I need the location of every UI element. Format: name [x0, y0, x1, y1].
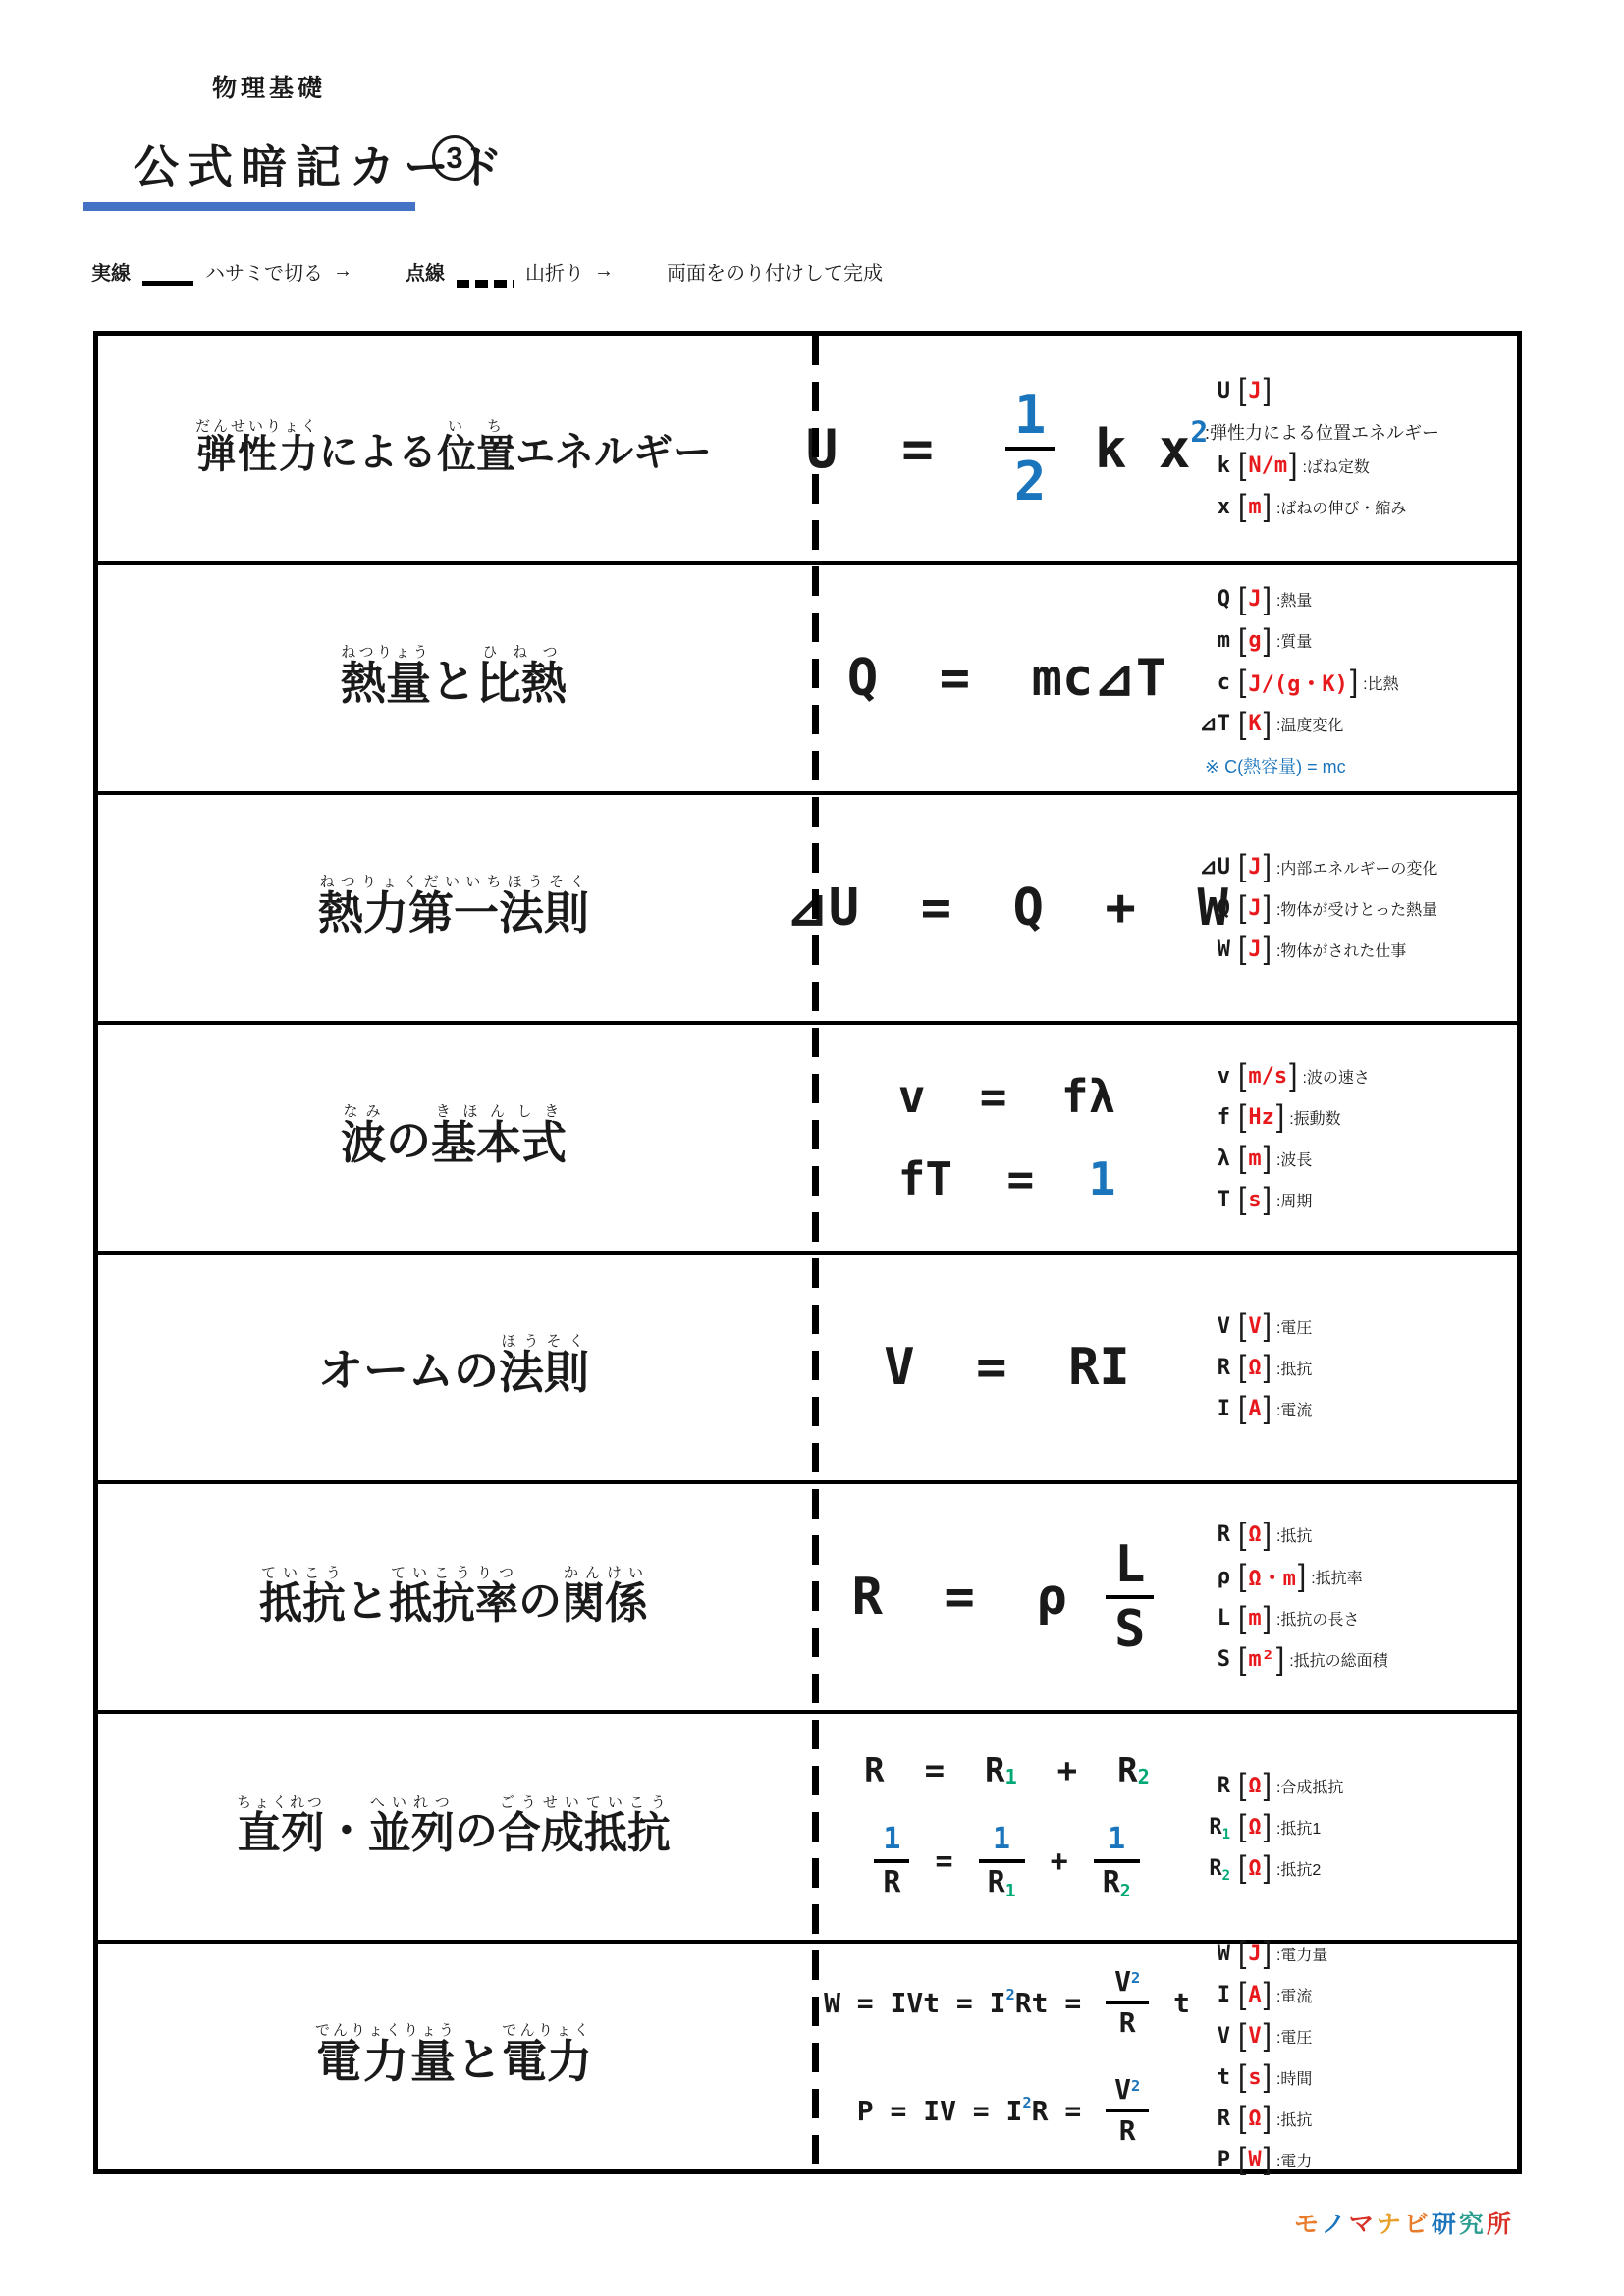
definition-line: f[Hz]:振動数 [1189, 1102, 1509, 1132]
name-segment: 熱力第一法則ねつりょくだいいちほうそく [318, 874, 589, 942]
bracket-open: [ [1236, 375, 1248, 406]
formula-line: V = RI [884, 1338, 1129, 1397]
bracket-close: ] [1262, 1520, 1273, 1551]
definition-line: R[Ω]:抵抗 [1189, 1353, 1509, 1382]
variable-symbol: R [1189, 1522, 1230, 1547]
subject-label: 物理基礎 [212, 69, 326, 104]
dashed-line-label: 点線 [406, 257, 445, 286]
bracket-open: [ [1236, 2103, 1248, 2134]
formula-token: U = [806, 418, 998, 480]
name-segment: 電力でんりょく [502, 2022, 592, 2091]
bracket-close: ] [1348, 667, 1360, 698]
formula-card-row: 熱量ねつりょうと比熱ひねつQ = mc⊿TQ[J]:熱量m[g]:質量c[J/(… [98, 565, 1517, 795]
fraction: V2R [1106, 1963, 1149, 2042]
name-segment: ・ [325, 1795, 368, 1858]
unit-label: g [1248, 628, 1261, 653]
formula-token: 2 [1131, 1969, 1140, 1987]
footer-logo: モノマナビ研究所 [1294, 2205, 1514, 2240]
name-segment: 法則ほうそく [499, 1333, 589, 1402]
bracket-open: [ [1236, 1979, 1248, 2010]
formula-token: 2 [1131, 2077, 1140, 2095]
unit-label: Ω・m [1248, 1562, 1296, 1592]
name-segment: 熱量ねつりょう [341, 644, 431, 713]
formula-token: R = R [864, 1751, 1004, 1790]
card-name-cell: 弾性力だんせいりょくによる位置いちエネルギー [98, 336, 809, 561]
definition-line: t[s]:時間 [1189, 2062, 1509, 2092]
formula-cell: W = IVt = I2Rt = V2R tP = IV = I2R = V2R [825, 1963, 1189, 2150]
logo-character: モ [1294, 2211, 1322, 2238]
variable-description: :電圧 [1276, 2025, 1312, 2048]
solid-line-sample [142, 281, 193, 286]
variable-description: :物体が受けとった熱量 [1276, 897, 1437, 920]
bracket-close: ] [1274, 1644, 1286, 1676]
formula-token: V = RI [884, 1338, 1129, 1397]
variable-symbol: U [1189, 379, 1230, 403]
bracket-close: ] [1262, 2020, 1273, 2052]
formula-token: R [1119, 2006, 1136, 2039]
formula-line: 1R = 1R1 + 1R2 [866, 1820, 1147, 1902]
formula-token: 2 [1138, 1765, 1150, 1789]
fraction: 1R [874, 1820, 909, 1902]
card-name-cell: 波なみの基本式きほんしき [98, 1025, 809, 1251]
card-name-cell: 電力量でんりょくりょうと電力でんりょく [98, 1944, 809, 2169]
bracket-open: [ [1236, 1520, 1248, 1551]
bracket-close: ] [1262, 1352, 1273, 1383]
variable-symbol: λ [1189, 1147, 1230, 1171]
unit-label: J [1248, 587, 1261, 612]
bracket-close: ] [1287, 450, 1299, 481]
card-number-badge: 3 [432, 135, 477, 181]
unit-label: W [1248, 2148, 1261, 2172]
unit-label: m [1248, 495, 1261, 519]
variable-description: :ばね定数 [1302, 454, 1369, 477]
bracket-close: ] [1262, 1143, 1273, 1174]
unit-label: J [1248, 896, 1261, 921]
card-name-cell: 熱量ねつりょうと比熱ひねつ [98, 565, 809, 791]
formula-card-row: オームの法則ほうそくV = RIV[V]:電圧R[Ω]:抵抗I[A]:電流 [98, 1255, 1517, 1484]
formula-cell: R = ρ LS [825, 1534, 1189, 1660]
name-segment: 基本式きほんしき [431, 1103, 567, 1172]
formula-token: 1 [1108, 1822, 1125, 1856]
variable-symbol: V [1189, 1314, 1230, 1339]
bracket-close: ] [1262, 1938, 1273, 1969]
definition-line: R1[Ω]:抵抗1 [1189, 1812, 1509, 1842]
formula-token: W = IVt = I [824, 1987, 1005, 2019]
fraction-denominator: S [1106, 1599, 1154, 1660]
name-segment: 電力量でんりょくりょう [315, 2022, 457, 2091]
bracket-open: [ [1236, 2061, 1248, 2093]
formula-token: t [1157, 1987, 1190, 2019]
variable-description: :周期 [1276, 1189, 1312, 1211]
bracket-close: ] [1262, 709, 1273, 740]
bracket-close: ] [1262, 2103, 1273, 2134]
unit-label: J [1248, 937, 1261, 962]
name-segment: 並列へいれつ [368, 1794, 455, 1860]
bracket-close: ] [1262, 1811, 1273, 1842]
unit-label: Ω [1248, 1856, 1261, 1881]
formula-line: ⊿U = Q + W [785, 879, 1228, 937]
bracket-close: ] [1262, 584, 1273, 615]
title-underline [83, 202, 415, 211]
logo-character: ノ [1322, 2211, 1349, 2238]
formula-token: 1 [993, 1822, 1010, 1856]
unit-label: Ω [1248, 1356, 1261, 1380]
formula-token: 1 [1089, 1152, 1116, 1205]
unit-label: Ω [1248, 2107, 1261, 2131]
bracket-close: ] [1274, 1101, 1286, 1133]
variable-symbol: x [1189, 495, 1230, 519]
formula-line: Q = mc⊿T [847, 649, 1166, 708]
logo-character: 研 [1432, 2211, 1459, 2238]
bracket-open: [ [1236, 584, 1248, 615]
bracket-open: [ [1236, 667, 1248, 698]
formula-line: R = R1 + R2 [864, 1751, 1150, 1790]
card-name-cell: 抵抗ていこうと抵抗率ていこうりつの関係かんけい [98, 1484, 809, 1710]
variable-symbol: S [1189, 1647, 1230, 1672]
name-segment: と [431, 646, 476, 711]
fraction-denominator: R [1110, 2004, 1145, 2042]
variable-description: :電流 [1276, 1398, 1312, 1420]
logo-character: 所 [1487, 2211, 1514, 2238]
formula-card-table: 弾性力だんせいりょくによる位置いちエネルギーU = 12 k x2U[J]:弾性… [93, 331, 1522, 2174]
variable-description: :抵抗2 [1276, 1857, 1321, 1880]
fraction-numerator: V2 [1106, 2071, 1149, 2109]
variable-description: :熱量 [1276, 588, 1312, 611]
variable-symbol: ⊿T [1189, 712, 1230, 736]
fraction-denominator: R [1110, 2112, 1145, 2150]
formula-card-row: 電力量でんりょくりょうと電力でんりょくW = IVt = I2Rt = V2R … [98, 1944, 1517, 2169]
bracket-close: ] [1262, 2144, 1273, 2175]
name-segment: 弾性力だんせいりょく [195, 418, 319, 479]
variable-symbol: V [1189, 2024, 1230, 2049]
variable-symbol: R [1189, 2107, 1230, 2131]
variable-symbol: t [1189, 2065, 1230, 2090]
formula-token: R [883, 1865, 900, 1899]
unit-label: N/m [1248, 454, 1287, 478]
bracket-close: ] [1262, 892, 1273, 924]
solid-line-label: 実線 [91, 257, 131, 286]
variable-symbol: P [1189, 2148, 1230, 2172]
variable-description: :抵抗 [1276, 1357, 1312, 1379]
formula-token: ⊿U = Q + W [785, 879, 1228, 937]
bracket-open: [ [1236, 1770, 1248, 1801]
variable-description: :振動数 [1289, 1106, 1340, 1129]
formula-token: R = [1032, 2095, 1098, 2127]
definition-line: Q[J]:物体が受けとった熱量 [1189, 893, 1509, 923]
unit-label: m [1248, 1147, 1261, 1171]
bracket-open: [ [1236, 892, 1248, 924]
bracket-open: [ [1236, 1101, 1248, 1133]
definition-line: R[Ω]:合成抵抗 [1189, 1771, 1509, 1800]
definitions-cell: V[V]:電圧R[Ω]:抵抗I[A]:電流 [1189, 1298, 1517, 1437]
variable-subscript: 2 [1222, 1868, 1230, 1884]
definitions-cell: v[m/s]:波の速さf[Hz]:振動数λ[m]:波長T[s]:周期 [1189, 1047, 1517, 1228]
name-segment: 波なみ [341, 1103, 386, 1172]
unit-label: A [1248, 1983, 1261, 2007]
definition-line: V[V]:電圧 [1189, 2021, 1509, 2051]
unit-label: Hz [1248, 1105, 1274, 1130]
definition-line: R[Ω]:抵抗 [1189, 1521, 1509, 1550]
bracket-close: ] [1262, 491, 1273, 522]
formula-token: 2 [1014, 451, 1047, 512]
name-segment: 位置いち [437, 418, 515, 479]
formula-token: 2 [1022, 2094, 1031, 2111]
variable-description: :抵抗の総面積 [1289, 1648, 1387, 1671]
bracket-close: ] [1262, 1770, 1273, 1801]
variable-description: :抵抗率 [1311, 1566, 1362, 1588]
formula-card-row: 弾性力だんせいりょくによる位置いちエネルギーU = 12 k x2U[J]:弾性… [98, 336, 1517, 565]
formula-token: 2 [1190, 415, 1208, 450]
definition-line: x[m]:ばねの伸び・縮み [1189, 492, 1509, 521]
definition-line: Q[J]:熱量 [1189, 585, 1509, 614]
bracket-open: [ [1236, 1644, 1248, 1676]
formula-token: k x [1062, 418, 1190, 480]
fraction-numerator: L [1106, 1534, 1154, 1595]
fraction: 1R2 [1094, 1820, 1140, 1902]
bracket-close: ] [1262, 1184, 1273, 1215]
name-segment: オームの [318, 1335, 499, 1400]
fraction: 12 [1005, 384, 1056, 513]
definition-line: P[W]:電力 [1189, 2145, 1509, 2174]
bracket-close: ] [1262, 375, 1273, 406]
formula-token: R [1119, 2114, 1136, 2147]
formula-token: R [1103, 1865, 1120, 1899]
formula-token: + R [1017, 1751, 1138, 1790]
formula-cell: U = 12 k x2 [825, 384, 1189, 513]
variable-symbol: R [1189, 1356, 1230, 1380]
name-segment: と [346, 1566, 389, 1629]
formula-token: R [988, 1865, 1005, 1899]
card-back-cell: V = RIV[V]:電圧R[Ω]:抵抗I[A]:電流 [809, 1255, 1517, 1480]
variable-description: :質量 [1276, 629, 1312, 652]
card-back-cell: R = ρ LSR[Ω]:抵抗ρ[Ω・m]:抵抗率L[m]:抵抗の長さS[m²]… [809, 1484, 1517, 1710]
fraction-numerator: 1 [984, 1820, 1019, 1859]
fraction-denominator: R [874, 1863, 909, 1902]
name-segment: 抵抗率ていこうりつ [389, 1565, 518, 1630]
bracket-open: [ [1236, 2144, 1248, 2175]
variable-description: :ばねの伸び・縮み [1276, 496, 1406, 518]
variable-symbol: R [1189, 1774, 1230, 1798]
bracket-open: [ [1236, 1811, 1248, 1842]
unit-label: A [1248, 1397, 1261, 1421]
solid-line-action: ハサミで切る [205, 257, 323, 286]
fraction: LS [1106, 1534, 1154, 1660]
formula-line: W = IVt = I2Rt = V2R t [824, 1963, 1190, 2042]
bracket-open: [ [1236, 1393, 1248, 1424]
bracket-close: ] [1262, 625, 1273, 657]
definition-line: T[s]:周期 [1189, 1185, 1509, 1214]
unit-label: J [1248, 379, 1261, 403]
definition-line: U[J] [1189, 376, 1509, 405]
instructions-line: 実線 ハサミで切る → 点線 山折り → 両面をのり付けして完成 [91, 257, 883, 286]
formula-token: v = fλ [898, 1070, 1116, 1123]
formula-cell: R = R1 + R21R = 1R1 + 1R2 [825, 1751, 1189, 1902]
formula-token: V [1114, 2073, 1131, 2106]
name-segment: 関係かんけい [562, 1565, 648, 1630]
arrow-icon: → [333, 260, 352, 283]
formula-token: R = ρ [852, 1568, 1098, 1627]
formula-cell: V = RI [825, 1338, 1189, 1397]
formula-token: + [1033, 1844, 1086, 1879]
dashed-line-sample [457, 280, 514, 288]
card-back-cell: R = R1 + R21R = 1R1 + 1R2R[Ω]:合成抵抗R1[Ω]:… [809, 1714, 1517, 1940]
formula-token: 2 [1006, 1986, 1015, 2003]
variable-symbol: R1 [1189, 1815, 1230, 1840]
variable-symbol: c [1189, 670, 1230, 695]
variable-symbol: Q [1189, 896, 1230, 921]
definition-note: ※ C(熱容量) = mc [1205, 753, 1509, 778]
bracket-close: ] [1287, 1060, 1299, 1092]
definition-line: I[A]:電流 [1189, 1980, 1509, 2009]
definition-line: W[J]:物体がされた仕事 [1189, 934, 1509, 964]
unit-label: K [1248, 712, 1261, 736]
bracket-close: ] [1262, 2061, 1273, 2093]
fraction-denominator: 2 [1005, 451, 1056, 513]
formula-token: 2 [1120, 1881, 1131, 1901]
variable-description: :電圧 [1276, 1315, 1312, 1338]
formula-token: S [1114, 1600, 1145, 1659]
unit-label: m² [1248, 1647, 1274, 1672]
variable-symbol: W [1189, 937, 1230, 962]
variable-symbol: L [1189, 1606, 1230, 1630]
definitions-cell: R[Ω]:合成抵抗R1[Ω]:抵抗1R2[Ω]:抵抗2 [1189, 1757, 1517, 1896]
name-segment: エネルギー [515, 421, 712, 477]
fold-dashed-line [812, 336, 819, 2169]
unit-label: s [1248, 1188, 1261, 1212]
variable-symbol: f [1189, 1105, 1230, 1130]
bracket-open: [ [1236, 1561, 1248, 1592]
unit-label: s [1248, 2065, 1261, 2090]
variable-symbol: R2 [1189, 1856, 1230, 1881]
name-segment: 抵抗ていこう [259, 1565, 346, 1630]
bracket-open: [ [1236, 1352, 1248, 1383]
variable-subscript: 1 [1222, 1827, 1230, 1842]
bracket-open: [ [1236, 1938, 1248, 1969]
unit-label: Ω [1248, 1774, 1261, 1798]
bracket-close: ] [1262, 1603, 1273, 1634]
definition-line: S[m²]:抵抗の総面積 [1189, 1645, 1509, 1675]
bracket-open: [ [1236, 625, 1248, 657]
formula-line: fT = 1 [898, 1152, 1116, 1205]
definition-line: ρ[Ω・m]:抵抗率 [1189, 1562, 1509, 1592]
unit-label: J/(g・K) [1248, 667, 1347, 698]
formula-token: 1 [1005, 1881, 1016, 1901]
unit-label: J [1248, 1942, 1261, 1966]
formula-token: P = IV = I [857, 2095, 1023, 2127]
unit-label: Ω [1248, 1522, 1261, 1547]
name-segment: 合成抵抗ごうせいていこう [498, 1794, 671, 1860]
unit-label: m [1248, 1606, 1261, 1630]
variable-symbol: Q [1189, 587, 1230, 612]
bracket-open: [ [1236, 1852, 1248, 1884]
name-segment: 直列ちょくれつ [237, 1794, 325, 1860]
bracket-close: ] [1296, 1561, 1308, 1592]
bracket-open: [ [1236, 1184, 1248, 1215]
formula-token: 1 [883, 1822, 900, 1856]
variable-description: :合成抵抗 [1276, 1775, 1343, 1797]
formula-cell: v = fλfT = 1 [825, 1070, 1189, 1205]
variable-symbol: m [1189, 628, 1230, 653]
unit-label: Ω [1248, 1815, 1261, 1840]
formula-cell: Q = mc⊿T [825, 649, 1189, 708]
bracket-close: ] [1262, 1393, 1273, 1424]
unit-label: V [1248, 2024, 1261, 2049]
variable-symbol: W [1189, 1942, 1230, 1966]
fraction-denominator: R2 [1094, 1863, 1140, 1902]
variable-description: :抵抗1 [1276, 1816, 1321, 1839]
formula-card-row: 熱力第一法則ねつりょくだいいちほうそく⊿U = Q + W⊿U[J]:内部エネル… [98, 795, 1517, 1025]
formula-line: P = IV = I2R = V2R [857, 2071, 1157, 2150]
variable-symbol: ⊿U [1189, 855, 1230, 880]
bracket-open: [ [1236, 934, 1248, 965]
bracket-close: ] [1262, 1310, 1273, 1342]
variable-description: :波の速さ [1302, 1065, 1369, 1088]
variable-symbol: T [1189, 1188, 1230, 1212]
card-name-cell: オームの法則ほうそく [98, 1255, 809, 1480]
variable-description: :抵抗 [1276, 2108, 1312, 2130]
card-back-cell: v = fλfT = 1v[m/s]:波の速さf[Hz]:振動数λ[m]:波長T… [809, 1025, 1517, 1251]
fraction-numerator: 1 [1005, 384, 1056, 447]
fraction-numerator: 1 [874, 1820, 909, 1859]
formula-token: = [917, 1844, 970, 1879]
variable-symbol: k [1189, 454, 1230, 478]
logo-character: ビ [1404, 2211, 1432, 2238]
variable-description: :比熱 [1363, 671, 1398, 694]
name-segment: 比熱ひねつ [476, 644, 567, 713]
bracket-open: [ [1236, 450, 1248, 481]
name-segment: の [518, 1566, 562, 1629]
formula-token: 1 [1004, 1765, 1016, 1789]
formula-card-row: 直列ちょくれつ・並列へいれつの合成抵抗ごうせいていこうR = R1 + R21R… [98, 1714, 1517, 1944]
variable-description: :電流 [1276, 1984, 1312, 2006]
variable-description: :時間 [1276, 2066, 1312, 2089]
card-back-cell: ⊿U = Q + W⊿U[J]:内部エネルギーの変化Q[J]:物体が受けとった熱… [809, 795, 1517, 1021]
formula-token: Rt = [1015, 1987, 1098, 2019]
formula-line: U = 12 k x2 [806, 384, 1209, 513]
definition-line: m[g]:質量 [1189, 626, 1509, 656]
variable-description: :内部エネルギーの変化 [1276, 856, 1437, 879]
variable-description: :抵抗の長さ [1276, 1607, 1359, 1629]
definitions-cell: R[Ω]:抵抗ρ[Ω・m]:抵抗率L[m]:抵抗の長さS[m²]:抵抗の総面積 [1189, 1507, 1517, 1688]
bracket-close: ] [1262, 1852, 1273, 1884]
unit-label: m/s [1248, 1064, 1287, 1089]
formula-token: fT = [898, 1152, 1089, 1205]
variable-description: :波長 [1276, 1148, 1312, 1170]
fraction: 1R1 [979, 1820, 1025, 1902]
name-segment: による [319, 421, 437, 477]
logo-character: 究 [1459, 2211, 1487, 2238]
definition-note: :弾性力による位置エネルギー [1205, 419, 1509, 445]
unit-label: J [1248, 855, 1261, 880]
bracket-open: [ [1236, 1603, 1248, 1634]
formula-line: R = ρ LS [852, 1534, 1163, 1660]
formula-card-row: 波なみの基本式きほんしきv = fλfT = 1v[m/s]:波の速さf[Hz]… [98, 1025, 1517, 1255]
definition-line: W[J]:電力量 [1189, 1939, 1509, 1968]
name-segment: の [455, 1795, 498, 1858]
definition-line: V[V]:電圧 [1189, 1311, 1509, 1341]
definition-line: c[J/(g・K)]:比熱 [1189, 667, 1509, 698]
formula-token: Q = mc⊿T [847, 649, 1166, 708]
variable-symbol: ρ [1189, 1565, 1230, 1589]
card-name-cell: 熱力第一法則ねつりょくだいいちほうそく [98, 795, 809, 1021]
variable-description: :電力 [1276, 2149, 1312, 2171]
bracket-open: [ [1236, 1060, 1248, 1092]
variable-symbol: I [1189, 1983, 1230, 2007]
definition-line: ⊿T[K]:温度変化 [1189, 710, 1509, 739]
final-instruction: 両面をのり付けして完成 [667, 257, 883, 286]
bracket-close: ] [1262, 934, 1273, 965]
logo-character: マ [1349, 2211, 1377, 2238]
